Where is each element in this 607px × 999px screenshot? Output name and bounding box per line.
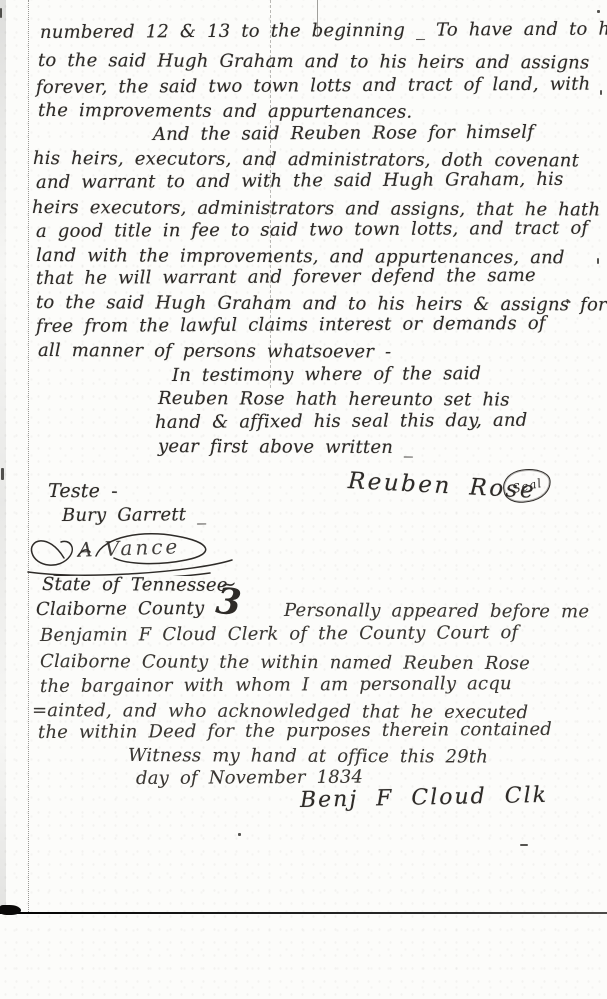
witness-signature-name: A Vance — [78, 534, 181, 562]
ack-line: Claiborne County the within named Reuben… — [40, 651, 530, 675]
deed-body-line: to the said Hugh Graham and to his heirs… — [38, 50, 590, 74]
ack-line: the bargainor with whom I am personally … — [40, 673, 512, 698]
deed-body-line: And the said Reuben Rose for himself — [153, 122, 534, 146]
witness-name: Bury Garrett _ — [62, 504, 206, 527]
ack-line: Personally appeared before me — [284, 600, 589, 623]
scan-speck — [597, 258, 599, 264]
scan-speck — [238, 833, 241, 836]
testimony-line: hand & affixed his seal this day, and — [155, 410, 528, 434]
deed-body-line: the improvements and appurtenances. — [38, 100, 412, 124]
deed-body-line: all manner of persons whatsoever - — [38, 340, 391, 364]
testimony-line: year first above written _ — [158, 436, 413, 459]
deed-body-line: and warrant to and with the said Hugh Gr… — [36, 169, 564, 194]
wax-seal-scribble: Seal — [501, 466, 553, 505]
scan-speck — [0, 8, 2, 18]
deed-body-line: forever, the said two town lotts and tra… — [36, 74, 591, 99]
seal-text: Seal — [511, 476, 544, 496]
ack-line: Benjamin F Cloud Clerk of the County Cou… — [40, 622, 518, 647]
left-margin-dotted-line — [28, 0, 29, 914]
deed-body-line: numbered 12 & 13 to the beginning _ To h… — [40, 18, 607, 44]
testimony-line: Reuben Rose hath hereunto set his — [158, 388, 510, 412]
scan-speck — [597, 10, 600, 13]
ss-mark: 3 — [214, 583, 243, 621]
clerk-signature: Benj F Cloud Clk — [300, 785, 548, 812]
deed-body-line: that he will warrant and forever defend … — [36, 265, 536, 290]
scanned-deed-page: numbered 12 & 13 to the beginning _ To h… — [0, 0, 607, 999]
left-edge-shading — [0, 0, 6, 913]
deed-body-line: free from the lawful claims interest or … — [36, 313, 546, 338]
ack-line: the within Deed for the purposes therein… — [38, 719, 552, 744]
testimony-line: In testimony where of the said — [172, 363, 481, 387]
scan-speck — [520, 844, 528, 846]
page-bottom-edge-blob — [0, 905, 21, 915]
teste-label: Teste - — [48, 480, 118, 502]
deed-body-line: a good title in fee to said two town lot… — [36, 218, 588, 243]
scan-speck — [600, 90, 602, 95]
ack-county-line: Claiborne County — [36, 598, 204, 621]
page-bottom-edge-line — [0, 912, 607, 914]
scan-speck — [1, 468, 4, 480]
ack-witness-line: Witness my hand at office this 29th — [128, 745, 488, 769]
